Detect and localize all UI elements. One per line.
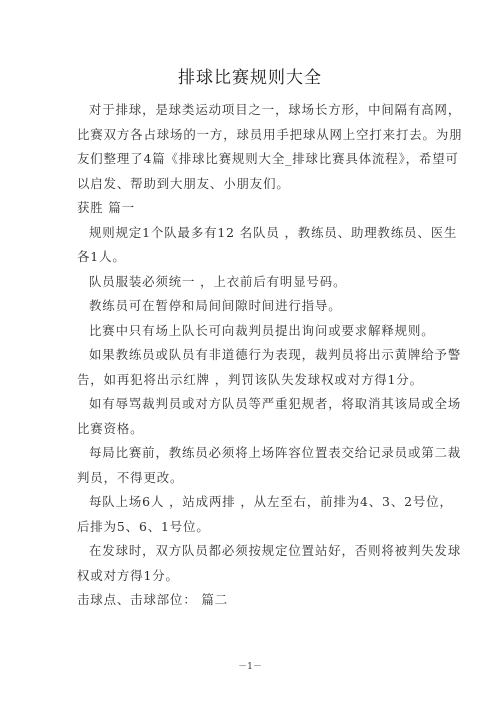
paragraph-line: 每局比赛前，教练员必须将上场阵容位置表交给记录员或第二裁: [89, 445, 461, 461]
document-title: 排球比赛规则大全: [0, 63, 500, 88]
paragraph-line: 比赛中只有场上队长可向裁判员提出询问或要求解释规则。: [89, 323, 435, 339]
paragraph-line: 告，如再犯将出示红牌 ，判罚该队失发球权或对方得1分。: [77, 372, 423, 388]
paragraph-line: 规则规定1个队最多有12 名队员 ，教练员、助理教练员、医生: [89, 225, 457, 241]
paragraph-line: 在发球时，双方队员都必须按规定位置站好，否则将被判失发球: [89, 543, 461, 559]
paragraph-line: 友们整理了4篇《排球比赛规则大全_排球比赛具体流程》，希望可: [77, 151, 459, 167]
paragraph-line: 教练员可在暂停和局间间隙时间进行指导。: [89, 298, 342, 314]
paragraph-line: 击球点、击球部位： 篇二: [77, 592, 228, 608]
page-number: －1－: [0, 659, 500, 672]
paragraph-line: 权或对方得1分。: [77, 568, 179, 584]
paragraph-line: 后排为5、6、1号位。: [77, 519, 210, 535]
paragraph-line: 判员，不得更改。: [77, 470, 183, 486]
paragraph-line: 比赛资格。: [77, 421, 143, 437]
paragraph-line: 以启发、帮助到大朋友、小朋友们。: [77, 176, 290, 192]
paragraph-line: 各1人。: [77, 249, 126, 265]
paragraph-line: 每队上场6人 ，站成两排 ，从左至右，前排为4、3、2号位，: [89, 494, 453, 510]
paragraph-line: 获胜 篇一: [77, 200, 135, 216]
paragraph-line: 如果教练员或队员有非道德行为表现，裁判员将出示黄牌给予警: [89, 347, 461, 363]
paragraph-line: 如有辱骂裁判员或对方队员等严重犯规者，将取消其该局或全场: [89, 396, 461, 412]
paragraph-line: 队员服装必须统一 ，上衣前后有明显号码。: [89, 274, 346, 290]
paragraph-line: 对于排球，是球类运动项目之一，球场长方形，中间隔有高网，: [89, 102, 461, 118]
paragraph-line: 比赛双方各占球场的一方，球员用手把球从网上空打来打去。为朋: [77, 127, 462, 143]
document-page: 排球比赛规则大全 对于排球，是球类运动项目之一，球场长方形，中间隔有高网，比赛双…: [0, 0, 500, 707]
